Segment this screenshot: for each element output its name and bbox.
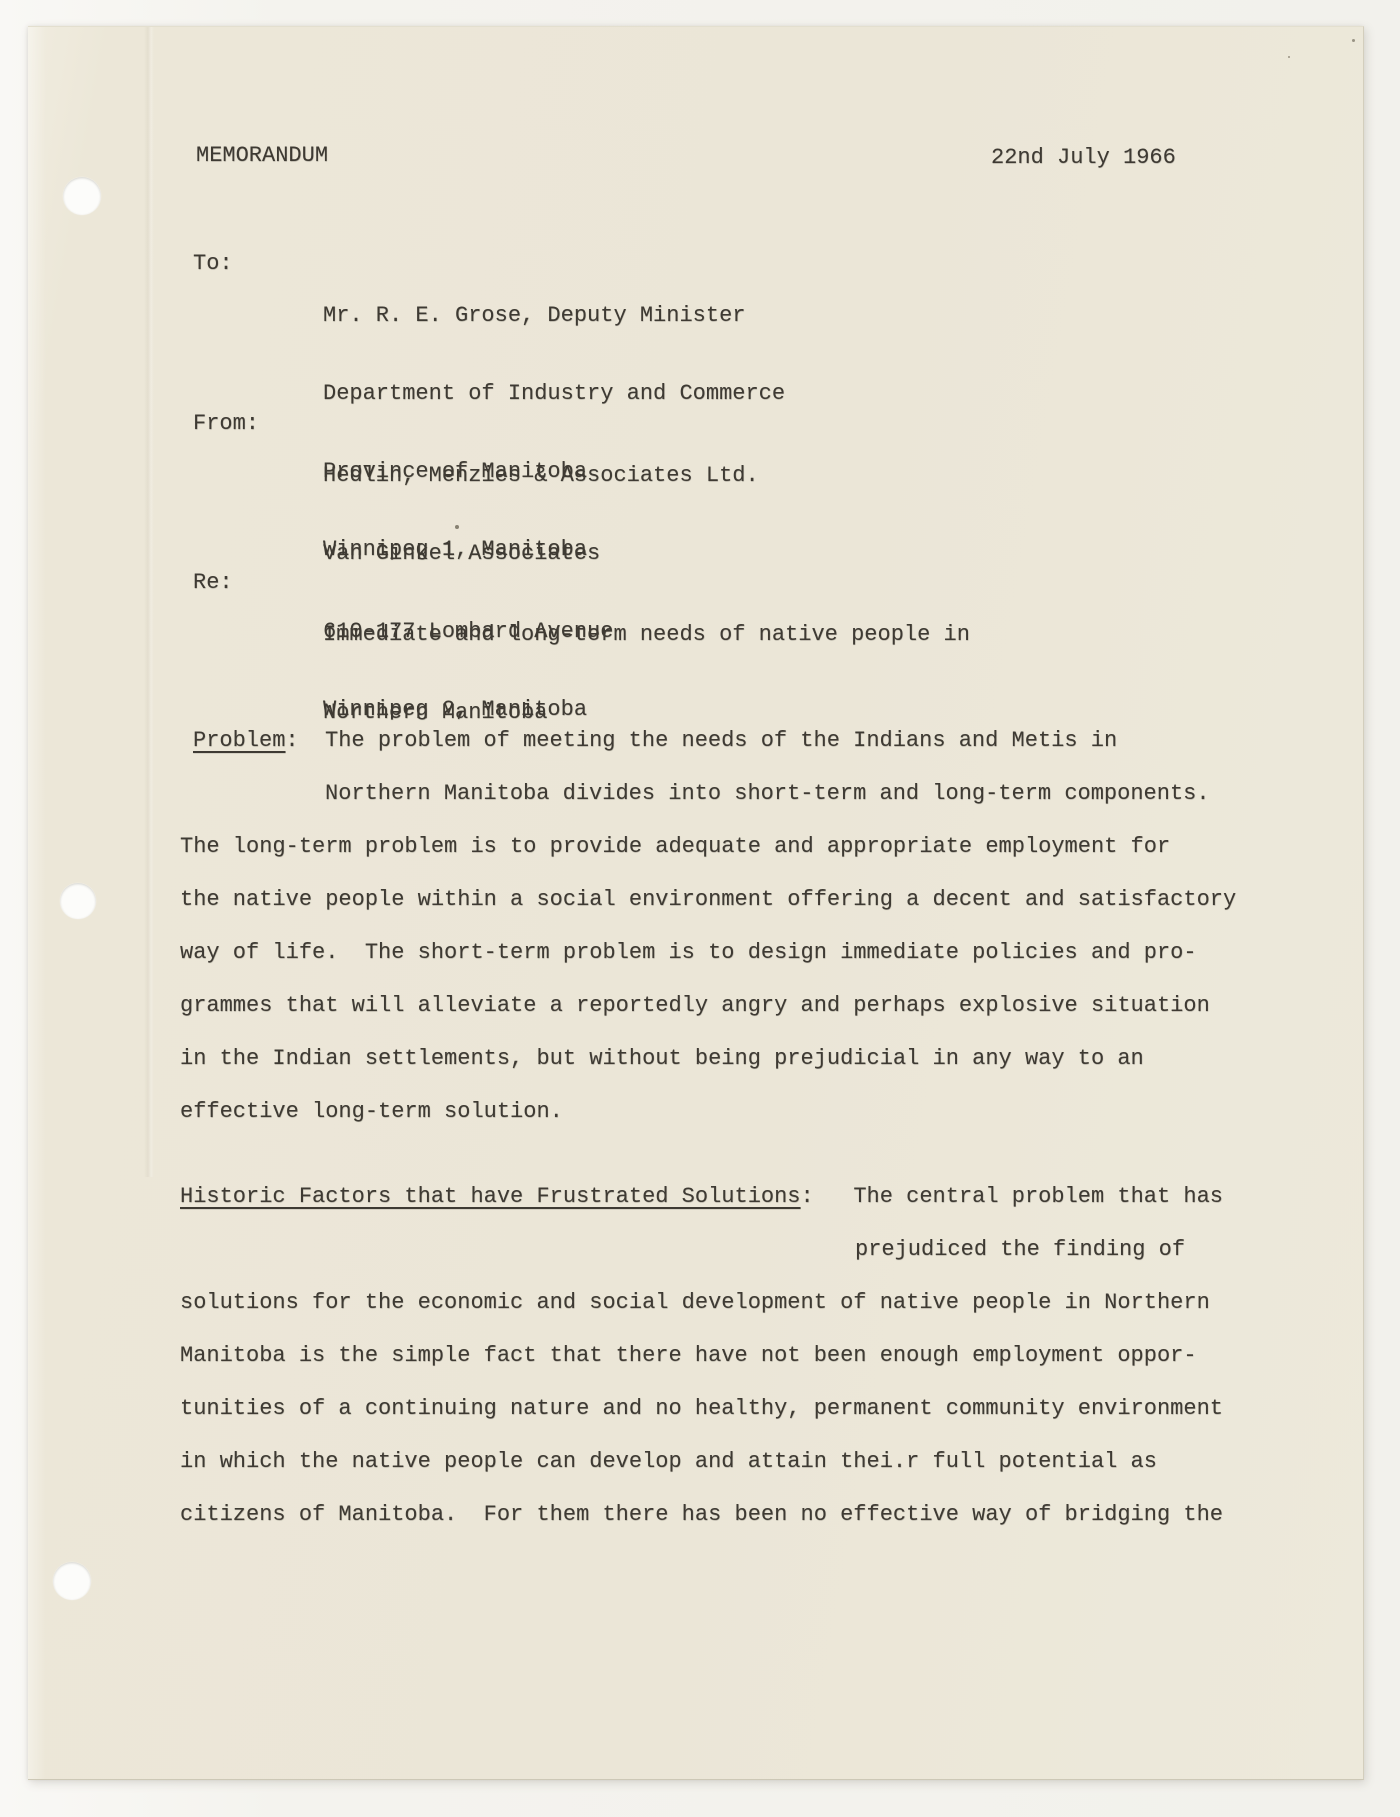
problem-heading-underlined: Problem: [193, 728, 285, 753]
memo-line: Northern Manitoba divides into short-ter…: [325, 781, 1210, 807]
memo-page: MEMORANDUM 22nd July 1966 To: Mr. R. E. …: [28, 26, 1364, 1780]
paper-speck: [1352, 39, 1355, 42]
historic-heading-rest: : The central problem that has: [801, 1184, 1223, 1209]
memo-date: 22nd July 1966: [991, 145, 1176, 171]
from-line: Van Ginkel Associates: [323, 541, 759, 567]
memo-title: MEMORANDUM: [196, 143, 328, 169]
re-line: Immediate and long-term needs of native …: [323, 622, 970, 648]
historic-heading-line: Historic Factors that have Frustrated So…: [180, 1184, 1223, 1210]
memo-line: in the Indian settlements, but without b…: [180, 1046, 1144, 1072]
to-label: To:: [193, 251, 233, 277]
punch-hole-top: [63, 177, 101, 215]
paper-speck: [1288, 56, 1290, 58]
historic-heading-underlined: Historic Factors that have Frustrated So…: [180, 1184, 801, 1209]
memo-line: effective long-term solution.: [180, 1099, 563, 1125]
paper-crease: [144, 27, 154, 1177]
memo-line: Manitoba is the simple fact that there h…: [180, 1343, 1197, 1369]
re-label: Re:: [193, 570, 233, 596]
re-line: Northern Manitoba: [323, 700, 970, 726]
memo-line: in which the native people can develop a…: [180, 1449, 1157, 1475]
from-line: Hedlin, Menzies & Associates Ltd.: [323, 463, 759, 489]
problem-heading-rest: : The problem of meeting the needs of th…: [285, 728, 1117, 753]
memo-line: grammes that will alleviate a reportedly…: [180, 993, 1210, 1019]
memo-line: tunities of a continuing nature and no h…: [180, 1396, 1223, 1422]
to-line: Department of Industry and Commerce: [323, 381, 785, 407]
punch-hole-middle: [60, 883, 96, 919]
punch-hole-bottom: [53, 1562, 91, 1600]
memo-line: solutions for the economic and social de…: [180, 1290, 1210, 1316]
memo-line: The long-term problem is to provide adeq…: [180, 834, 1170, 860]
problem-heading-line: Problem: The problem of meeting the need…: [193, 728, 1117, 754]
memo-line: the native people within a social enviro…: [180, 887, 1236, 913]
memo-line: prejudiced the finding of: [855, 1237, 1185, 1263]
memo-line: way of life. The short-term problem is t…: [180, 940, 1197, 966]
memo-line: citizens of Manitoba. For them there has…: [180, 1502, 1223, 1528]
scanned-memo-screenshot: { "memo": { "title": "MEMORANDUM", "date…: [0, 0, 1400, 1817]
from-label: From:: [193, 411, 259, 437]
to-line: Mr. R. E. Grose, Deputy Minister: [323, 303, 785, 329]
